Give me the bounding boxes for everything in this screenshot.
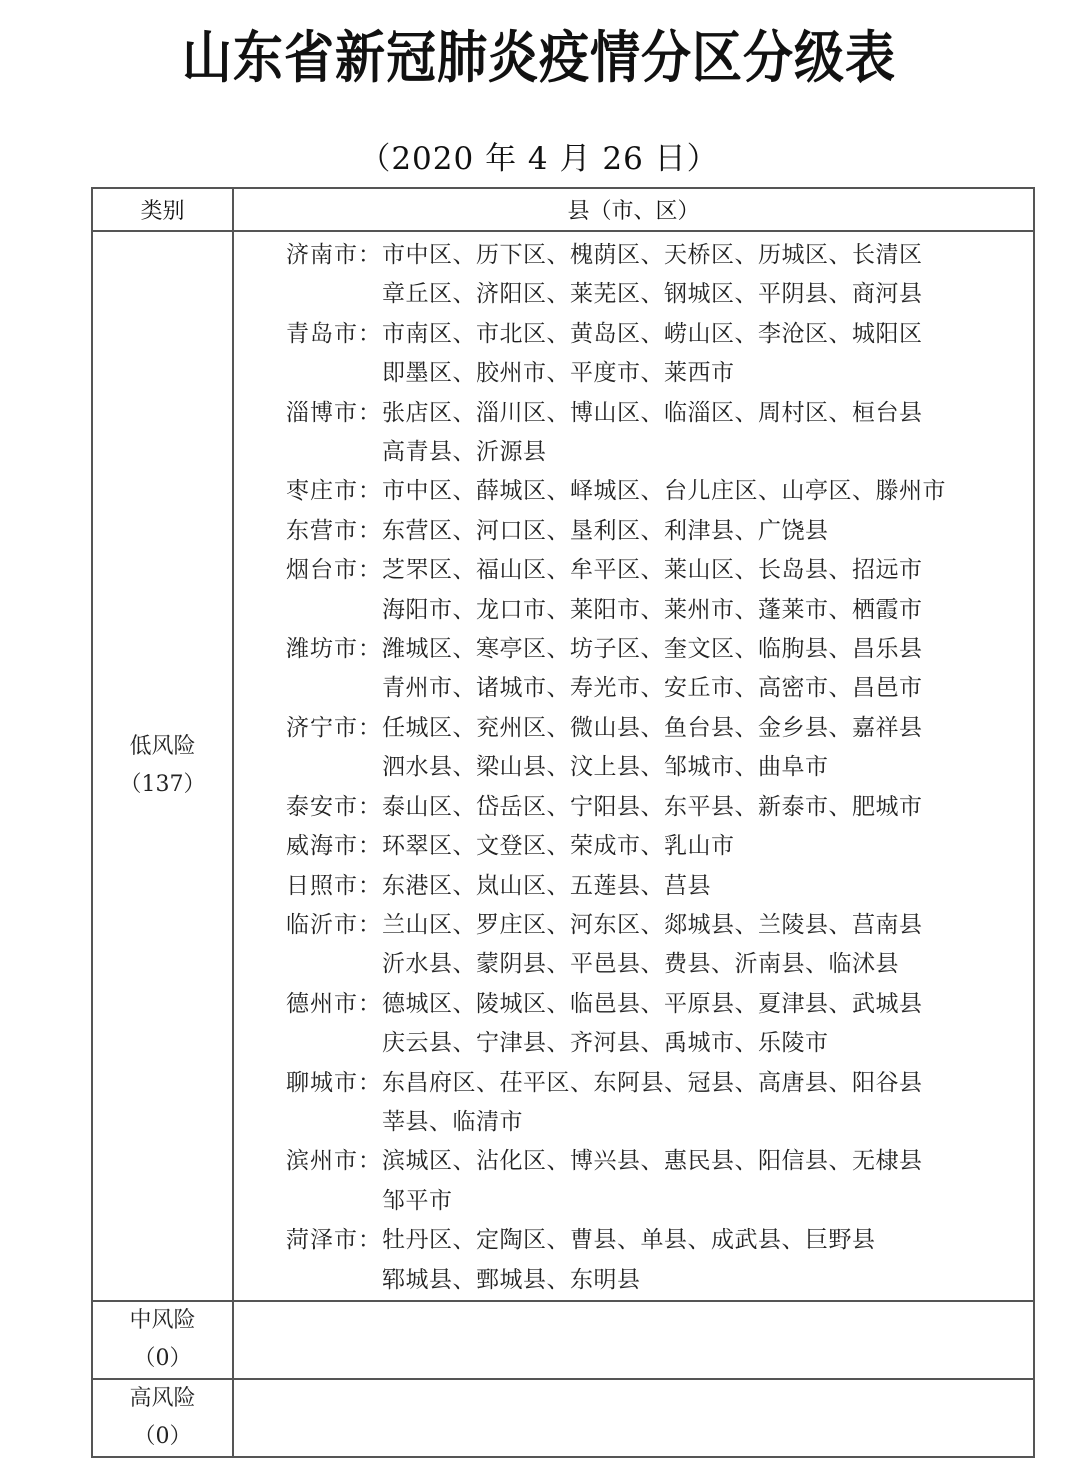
district-list: 芝罘区、福山区、牟平区、莱山区、长岛县、招远市海阳市、龙口市、莱阳市、莱州市、蓬… xyxy=(382,551,1033,630)
city-entry: 青岛市：市南区、市北区、黄岛区、崂山区、李沧区、城阳区即墨区、胶州市、平度市、莱… xyxy=(234,315,1033,394)
category-label: 中风险 xyxy=(93,1302,232,1340)
city-name: 聊城市： xyxy=(234,1064,382,1143)
city-name: 东营市： xyxy=(234,512,382,551)
city-name: 枣庄市： xyxy=(234,472,382,511)
city-name: 滨州市： xyxy=(234,1142,382,1221)
district-line: 潍城区、寒亭区、坊子区、奎文区、临朐县、昌乐县 xyxy=(382,630,1033,669)
category-cell-medium-risk: 中风险 （0） xyxy=(92,1301,233,1379)
city-entry: 济宁市：任城区、兖州区、微山县、鱼台县、金乡县、嘉祥县泗水县、梁山县、汶上县、邹… xyxy=(234,709,1033,788)
table-row-medium-risk: 中风险 （0） xyxy=(92,1301,1034,1379)
city-entry: 滨州市：滨城区、沾化区、博兴县、惠民县、阳信县、无棣县邹平市 xyxy=(234,1142,1033,1221)
city-entry: 聊城市：东昌府区、茌平区、东阿县、冠县、高唐县、阳谷县莘县、临清市 xyxy=(234,1064,1033,1143)
city-list: 济南市：市中区、历下区、槐荫区、天桥区、历城区、长清区章丘区、济阳区、莱芜区、钢… xyxy=(234,232,1033,1300)
city-name: 菏泽市： xyxy=(234,1221,382,1300)
district-list: 市中区、薛城区、峄城区、台儿庄区、山亭区、滕州市 xyxy=(382,472,1033,511)
district-line: 牡丹区、定陶区、曹县、单县、成武县、巨野县 xyxy=(382,1221,1033,1260)
city-entry: 威海市：环翠区、文登区、荣成市、乳山市 xyxy=(234,827,1033,866)
district-line: 兰山区、罗庄区、河东区、郯城县、兰陵县、莒南县 xyxy=(382,906,1033,945)
district-line: 东昌府区、茌平区、东阿县、冠县、高唐县、阳谷县 xyxy=(382,1064,1033,1103)
district-line: 郓城县、鄄城县、东明县 xyxy=(382,1261,1033,1300)
city-name: 淄博市： xyxy=(234,394,382,473)
district-list: 东营区、河口区、垦利区、利津县、广饶县 xyxy=(382,512,1033,551)
city-name: 青岛市： xyxy=(234,315,382,394)
category-label: 低风险 xyxy=(93,728,232,766)
district-line: 市南区、市北区、黄岛区、崂山区、李沧区、城阳区 xyxy=(382,315,1033,354)
district-line: 环翠区、文登区、荣成市、乳山市 xyxy=(382,827,1033,866)
district-line: 滨城区、沾化区、博兴县、惠民县、阳信县、无棣县 xyxy=(382,1142,1033,1181)
city-entry: 东营市：东营区、河口区、垦利区、利津县、广饶县 xyxy=(234,512,1033,551)
city-entry: 德州市：德城区、陵城区、临邑县、平原县、夏津县、武城县庆云县、宁津县、齐河县、禹… xyxy=(234,985,1033,1064)
category-count: （0） xyxy=(93,1340,232,1378)
city-name: 德州市： xyxy=(234,985,382,1064)
district-line: 市中区、历下区、槐荫区、天桥区、历城区、长清区 xyxy=(382,236,1033,275)
header-districts: 县（市、区） xyxy=(233,188,1034,231)
city-entry: 枣庄市：市中区、薛城区、峄城区、台儿庄区、山亭区、滕州市 xyxy=(234,472,1033,511)
city-entry: 淄博市：张店区、淄川区、博山区、临淄区、周村区、桓台县高青县、沂源县 xyxy=(234,394,1033,473)
city-name: 济宁市： xyxy=(234,709,382,788)
city-name: 日照市： xyxy=(234,867,382,906)
district-list: 滨城区、沾化区、博兴县、惠民县、阳信县、无棣县邹平市 xyxy=(382,1142,1033,1221)
district-line: 泰山区、岱岳区、宁阳县、东平县、新泰市、肥城市 xyxy=(382,788,1033,827)
district-list: 环翠区、文登区、荣成市、乳山市 xyxy=(382,827,1033,866)
district-line: 章丘区、济阳区、莱芜区、钢城区、平阴县、商河县 xyxy=(382,275,1033,314)
district-list: 东昌府区、茌平区、东阿县、冠县、高唐县、阳谷县莘县、临清市 xyxy=(382,1064,1033,1143)
district-line: 东营区、河口区、垦利区、利津县、广饶县 xyxy=(382,512,1033,551)
city-name: 烟台市： xyxy=(234,551,382,630)
city-name: 济南市： xyxy=(234,236,382,315)
district-line: 青州市、诸城市、寿光市、安丘市、高密市、昌邑市 xyxy=(382,669,1033,708)
district-line: 莘县、临清市 xyxy=(382,1103,1033,1142)
table-row-high-risk: 高风险 （0） xyxy=(92,1379,1034,1457)
district-list: 兰山区、罗庄区、河东区、郯城县、兰陵县、莒南县沂水县、蒙阴县、平邑县、费县、沂南… xyxy=(382,906,1033,985)
table-header-row: 类别 县（市、区） xyxy=(92,188,1034,231)
districts-cell-high-risk xyxy=(233,1379,1034,1457)
district-list: 牡丹区、定陶区、曹县、单县、成武县、巨野县郓城县、鄄城县、东明县 xyxy=(382,1221,1033,1300)
district-line: 庆云县、宁津县、齐河县、禹城市、乐陵市 xyxy=(382,1024,1033,1063)
city-entry: 临沂市：兰山区、罗庄区、河东区、郯城县、兰陵县、莒南县沂水县、蒙阴县、平邑县、费… xyxy=(234,906,1033,985)
district-line: 芝罘区、福山区、牟平区、莱山区、长岛县、招远市 xyxy=(382,551,1033,590)
districts-cell-low-risk: 济南市：市中区、历下区、槐荫区、天桥区、历城区、长清区章丘区、济阳区、莱芜区、钢… xyxy=(233,231,1034,1301)
district-list: 任城区、兖州区、微山县、鱼台县、金乡县、嘉祥县泗水县、梁山县、汶上县、邹城市、曲… xyxy=(382,709,1033,788)
category-count: （137） xyxy=(93,766,232,804)
district-line: 高青县、沂源县 xyxy=(382,433,1033,472)
district-line: 邹平市 xyxy=(382,1182,1033,1221)
city-entry: 日照市：东港区、岚山区、五莲县、莒县 xyxy=(234,867,1033,906)
district-line: 张店区、淄川区、博山区、临淄区、周村区、桓台县 xyxy=(382,394,1033,433)
district-line: 东港区、岚山区、五莲县、莒县 xyxy=(382,867,1033,906)
district-list: 德城区、陵城区、临邑县、平原县、夏津县、武城县庆云县、宁津县、齐河县、禹城市、乐… xyxy=(382,985,1033,1064)
city-entry: 烟台市：芝罘区、福山区、牟平区、莱山区、长岛县、招远市海阳市、龙口市、莱阳市、莱… xyxy=(234,551,1033,630)
category-count: （0） xyxy=(93,1418,232,1456)
district-line: 即墨区、胶州市、平度市、莱西市 xyxy=(382,354,1033,393)
city-name: 临沂市： xyxy=(234,906,382,985)
risk-level-table: 类别 县（市、区） 低风险 （137） 济南市：市中区、历下区、槐荫区、天桥区、… xyxy=(91,187,1035,1458)
table-row-low-risk: 低风险 （137） 济南市：市中区、历下区、槐荫区、天桥区、历城区、长清区章丘区… xyxy=(92,231,1034,1301)
district-line: 任城区、兖州区、微山县、鱼台县、金乡县、嘉祥县 xyxy=(382,709,1033,748)
district-line: 泗水县、梁山县、汶上县、邹城市、曲阜市 xyxy=(382,748,1033,787)
city-entry: 济南市：市中区、历下区、槐荫区、天桥区、历城区、长清区章丘区、济阳区、莱芜区、钢… xyxy=(234,236,1033,315)
district-list: 市南区、市北区、黄岛区、崂山区、李沧区、城阳区即墨区、胶州市、平度市、莱西市 xyxy=(382,315,1033,394)
category-cell-high-risk: 高风险 （0） xyxy=(92,1379,233,1457)
city-entry: 菏泽市：牡丹区、定陶区、曹县、单县、成武县、巨野县郓城县、鄄城县、东明县 xyxy=(234,1221,1033,1300)
district-line: 海阳市、龙口市、莱阳市、莱州市、蓬莱市、栖霞市 xyxy=(382,591,1033,630)
document-title: 山东省新冠肺炎疫情分区分级表 xyxy=(0,18,1078,99)
district-list: 市中区、历下区、槐荫区、天桥区、历城区、长清区章丘区、济阳区、莱芜区、钢城区、平… xyxy=(382,236,1033,315)
header-category: 类别 xyxy=(92,188,233,231)
district-line: 市中区、薛城区、峄城区、台儿庄区、山亭区、滕州市 xyxy=(382,472,1033,511)
city-name: 泰安市： xyxy=(234,788,382,827)
districts-cell-medium-risk xyxy=(233,1301,1034,1379)
district-list: 张店区、淄川区、博山区、临淄区、周村区、桓台县高青县、沂源县 xyxy=(382,394,1033,473)
district-list: 潍城区、寒亭区、坊子区、奎文区、临朐县、昌乐县青州市、诸城市、寿光市、安丘市、高… xyxy=(382,630,1033,709)
category-label: 高风险 xyxy=(93,1380,232,1418)
city-entry: 潍坊市：潍城区、寒亭区、坊子区、奎文区、临朐县、昌乐县青州市、诸城市、寿光市、安… xyxy=(234,630,1033,709)
district-line: 沂水县、蒙阴县、平邑县、费县、沂南县、临沭县 xyxy=(382,945,1033,984)
district-line: 德城区、陵城区、临邑县、平原县、夏津县、武城县 xyxy=(382,985,1033,1024)
category-cell-low-risk: 低风险 （137） xyxy=(92,231,233,1301)
city-entry: 泰安市：泰山区、岱岳区、宁阳县、东平县、新泰市、肥城市 xyxy=(234,788,1033,827)
city-name: 威海市： xyxy=(234,827,382,866)
document-date: （2020 年 4 月 26 日） xyxy=(0,136,1078,182)
district-list: 泰山区、岱岳区、宁阳县、东平县、新泰市、肥城市 xyxy=(382,788,1033,827)
district-list: 东港区、岚山区、五莲县、莒县 xyxy=(382,867,1033,906)
city-name: 潍坊市： xyxy=(234,630,382,709)
